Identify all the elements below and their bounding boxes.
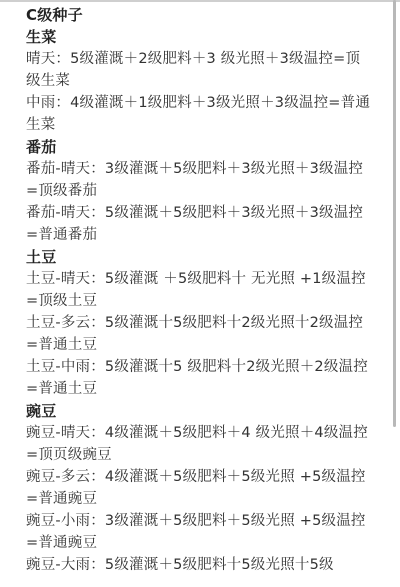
list-item: 晴天：5级灌溉＋2级肥料＋3 级光照＋3级温控=顶级生菜 xyxy=(26,48,371,92)
list-item: 番茄-晴天：3级灌溉＋5级肥料＋3级光照＋3级温控=顶级番茄 xyxy=(26,158,371,202)
section-heading-lettuce: 生菜 xyxy=(26,26,371,48)
section-heading-tomato: 番茄 xyxy=(26,136,371,158)
document-title: C级种子 xyxy=(26,4,371,26)
vertical-scrollbar[interactable] xyxy=(393,0,396,427)
list-item: 土豆-多云：5级灌溉十5级肥料十2级光照十2级温控=普通土豆 xyxy=(26,312,371,356)
list-item: 番茄-晴天：5级灌溉＋5级肥料＋3级光照＋3级温控=普通番茄 xyxy=(26,202,371,246)
list-item: 土豆-中雨：5级灌溉十5 级肥料十2级光照＋2级温控=普通土豆 xyxy=(26,356,371,400)
list-item: 豌豆-小雨：3级灌溉＋5级肥料＋5级光照 +5级温控=普通豌豆 xyxy=(26,510,371,554)
list-item: 豌豆-晴天：4级灌溉＋5级肥料＋4 级光照＋4级温控=顶页级豌豆 xyxy=(26,422,371,466)
list-item: 中雨：4级灌溉＋1级肥料＋3级光照＋3级温控=普通生菜 xyxy=(26,92,371,136)
section-heading-pea: 豌豆 xyxy=(26,400,371,422)
document-body: C级种子 生菜 晴天：5级灌溉＋2级肥料＋3 级光照＋3级温控=顶级生菜 中雨：… xyxy=(26,4,371,576)
list-item: 土豆-晴天：5级灌溉 ＋5级肥料十 无光照 +1级温控=顶级土豆 xyxy=(26,268,371,312)
section-heading-potato: 土豆 xyxy=(26,246,371,268)
list-item: 豌豆-多云：4级灌溉＋5级肥料＋5级光照 +5级温控=普通豌豆 xyxy=(26,466,371,510)
list-item: 豌豆-大雨：5级灌溉＋5级肥料十5级光照十5级 xyxy=(26,554,371,576)
top-divider xyxy=(0,0,400,2)
